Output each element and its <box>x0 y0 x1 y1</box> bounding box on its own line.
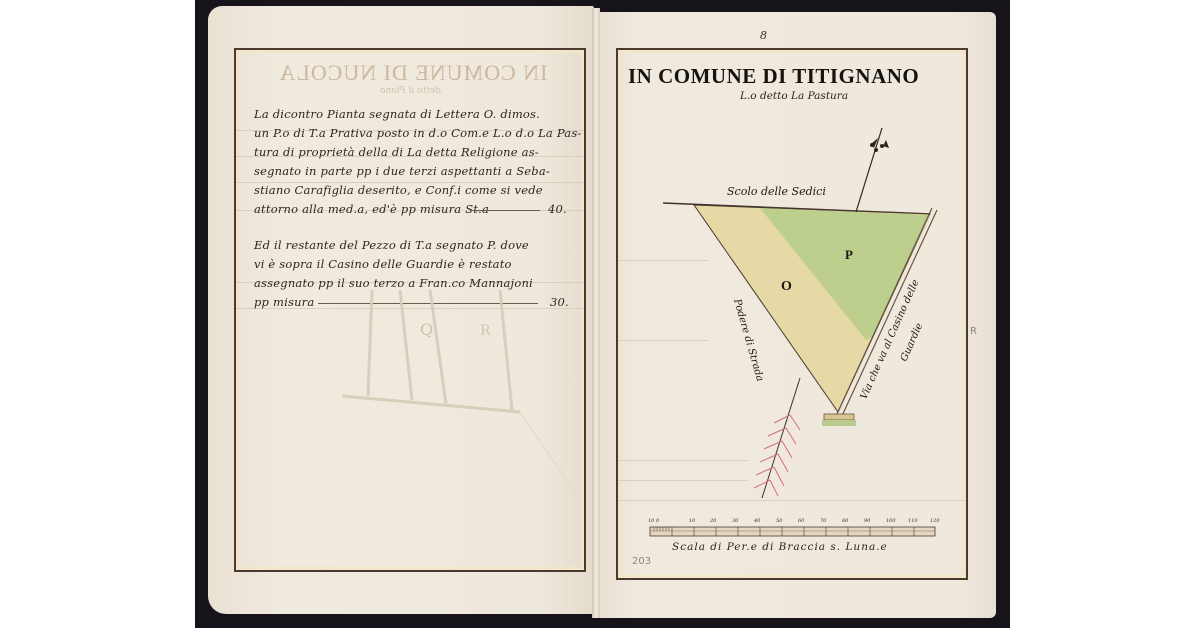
scale-bar <box>650 527 935 536</box>
label-top-boundary: Scolo delle Sedici <box>727 185 826 198</box>
compass-arrow-icon <box>856 128 889 212</box>
svg-text:Guardie: Guardie <box>899 322 926 364</box>
parcel-letter-o: O <box>781 279 792 294</box>
scale-caption: Scala di Per.e di Braccia s. Luna.e <box>672 541 888 553</box>
feather-arrow-icon <box>754 378 800 498</box>
scale-tick-labels: 10 0 10 20 30 40 50 60 70 80 90 100 110 … <box>648 518 948 526</box>
pencil-margin-mark: R <box>970 326 977 337</box>
parcel-letter-p: P <box>845 247 853 262</box>
pencil-page-number: 203 <box>632 556 651 567</box>
label-left-boundary: Podere di Strada <box>731 297 765 383</box>
parcel-map: O P Scolo delle Sedici Podere di Strada … <box>0 0 1200 628</box>
